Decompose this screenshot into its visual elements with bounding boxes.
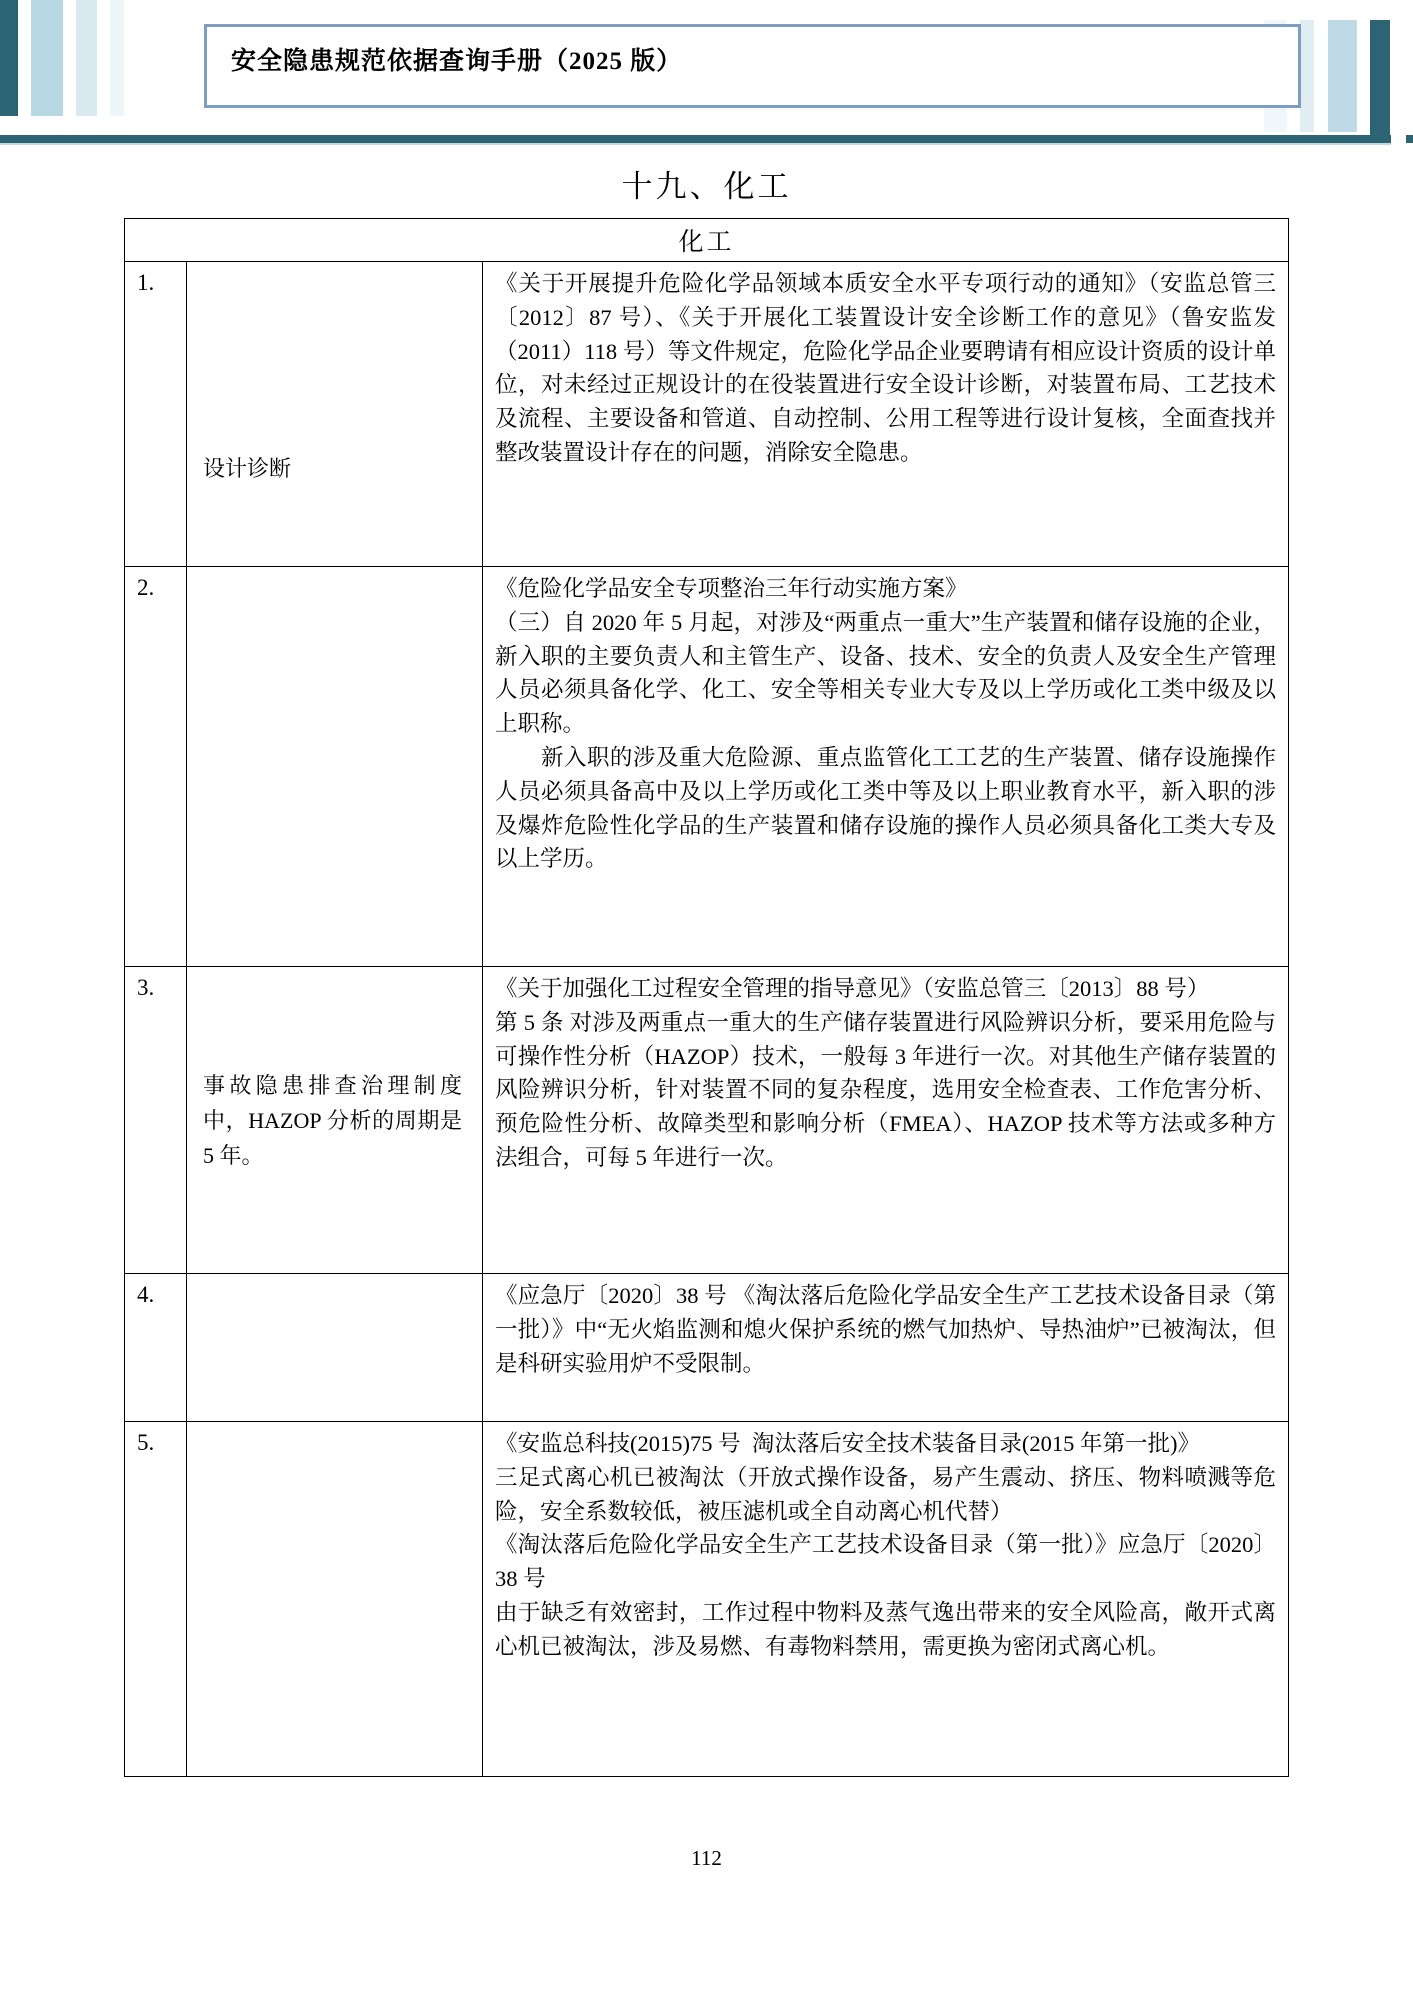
regulation-table: 化工 1. 设计诊断 《关于开展提升危险化学品领域本质安全水平专项行动的通知》（… — [124, 218, 1289, 1777]
decor-bar-light-left-1 — [31, 0, 63, 116]
row-content: 《关于加强化工过程安全管理的指导意见》（安监总管三〔2013〕88 号） 第 5… — [483, 967, 1289, 1274]
row-label — [187, 567, 483, 967]
header-divider-line-end — [1406, 135, 1413, 143]
table-header-row: 化工 — [125, 219, 1289, 262]
row-number: 3. — [125, 967, 187, 1274]
decor-bar-dark-left — [0, 0, 18, 116]
decor-bar-light-right-2 — [1300, 20, 1314, 132]
row-content: 《关于开展提升危险化学品领域本质安全水平专项行动的通知》（安监总管三〔2012〕… — [483, 262, 1289, 567]
table-row-2: 2. 《危险化学品安全专项整治三年行动实施方案》 （三）自 2020 年 5 月… — [125, 567, 1289, 967]
row-content: 《安监总科技(2015)75 号 淘汰落后安全技术装备目录(2015 年第一批)… — [483, 1422, 1289, 1777]
table-row-4: 4. 《应急厅〔2020〕38 号 《淘汰落后危险化学品安全生产工艺技术设备目录… — [125, 1274, 1289, 1422]
decor-bar-dark-right — [1370, 20, 1390, 142]
row-label — [187, 1422, 483, 1777]
header-divider-line — [0, 135, 1391, 145]
decor-bar-light-left-2 — [76, 0, 97, 116]
document-page: 安全隐患规范依据查询手册（2025 版） 十九、化工 化工 1. 设计诊断 《关… — [0, 0, 1413, 2000]
row-label — [187, 1274, 483, 1422]
decor-bar-light-right-3 — [1328, 20, 1357, 132]
row-number: 2. — [125, 567, 187, 967]
row-content: 《应急厅〔2020〕38 号 《淘汰落后危险化学品安全生产工艺技术设备目录（第一… — [483, 1274, 1289, 1422]
table-row-5: 5. 《安监总科技(2015)75 号 淘汰落后安全技术装备目录(2015 年第… — [125, 1422, 1289, 1777]
document-header-box: 安全隐患规范依据查询手册（2025 版） — [204, 24, 1301, 108]
table-row-3: 3. 事故隐患排查治理制度中，HAZOP 分析的周期是 5 年。 《关于加强化工… — [125, 967, 1289, 1274]
document-title: 安全隐患规范依据查询手册（2025 版） — [207, 27, 1298, 77]
row-content: 《危险化学品安全专项整治三年行动实施方案》 （三）自 2020 年 5 月起，对… — [483, 567, 1289, 967]
table-row-1: 1. 设计诊断 《关于开展提升危险化学品领域本质安全水平专项行动的通知》（安监总… — [125, 262, 1289, 567]
row-number: 1. — [125, 262, 187, 567]
page-number: 112 — [0, 1846, 1413, 1871]
row-label: 事故隐患排查治理制度中，HAZOP 分析的周期是 5 年。 — [187, 967, 483, 1274]
row-number: 5. — [125, 1422, 187, 1777]
section-heading: 十九、化工 — [0, 168, 1413, 206]
row-number: 4. — [125, 1274, 187, 1422]
decor-bar-light-left-3 — [110, 0, 124, 116]
table-title: 化工 — [125, 219, 1289, 262]
row-label: 设计诊断 — [187, 262, 483, 567]
